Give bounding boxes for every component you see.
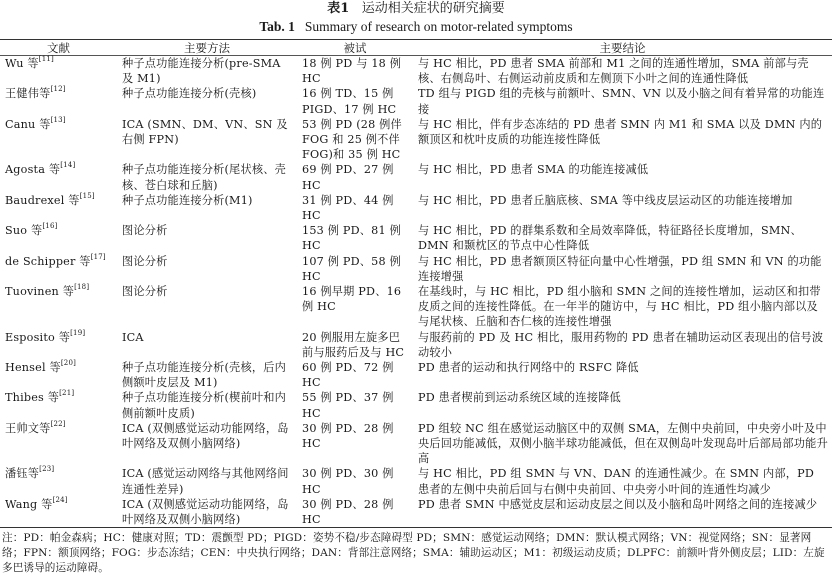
cell-reference: Thibes 等[21] [0,390,117,420]
cell-conclusion: PD 组较 NC 组在感觉运动脑区中的双侧 SMA，左侧中央前回，中央旁小叶及中… [413,421,832,467]
reference-author: Tuovinen 等 [5,285,74,298]
table-row: 王帅文等[22]ICA (双侧感觉运动功能网络，岛叶网络及双侧小脑网络)30 例… [0,421,832,467]
cell-reference: Tuovinen 等[18] [0,284,117,330]
cell-method: ICA [117,330,297,360]
cell-reference: Esposito 等[19] [0,330,117,360]
cell-conclusion: TD 组与 PIGD 组的壳核与前额叶、SMN、VN 以及小脑之间有着异常的功能… [413,86,832,116]
cell-conclusion: 与 HC 相比，PD 患者 SMA 前部和 M1 之间的连通性增加，SMA 前部… [413,56,832,87]
cell-method: ICA (感觉运动网络与其他网络间连通性差异) [117,466,297,496]
citation-number: [17] [91,253,106,261]
cell-subjects: 55 例 PD、37 例 HC [297,390,413,420]
citation-number: [13] [51,116,66,124]
cell-reference: 王健伟等[12] [0,86,117,116]
cell-conclusion: PD 患者 SMN 中感觉皮层和运动皮层之间以及小脑和岛叶网络之间的连接减少 [413,497,832,528]
cell-conclusion: 与 HC 相比，PD 患者额顶区特征向量中心性增强，PD 组 SMN 和 VN … [413,254,832,284]
reference-author: 潘钰等 [5,467,39,480]
table-row: 王健伟等[12]种子点功能连接分析(壳核)16 例 TD、15 例 PIGD、1… [0,86,832,116]
reference-author: Wang 等 [5,498,53,511]
reference-author: Esposito 等 [5,331,70,344]
cell-reference: Hensel 等[20] [0,360,117,390]
table-title-en: Tab. 1Summary of research on motor-relat… [0,19,832,35]
cell-subjects: 53 例 PD (28 例伴 FOG 和 25 例不伴 FOG)和 35 例 H… [297,117,413,163]
table-row: 潘钰等[23]ICA (感觉运动网络与其他网络间连通性差异)30 例 PD、30… [0,466,832,496]
cell-conclusion: 在基线时，与 HC 相比，PD 组小脑和 SMN 之间的连接性增加，运动区和扣带… [413,284,832,330]
citation-number: [21] [59,389,74,397]
cell-reference: Wu 等[11] [0,56,117,87]
citation-number: [15] [80,192,95,200]
table-row: Thibes 等[21]种子点功能连接分析(楔前叶和内侧前额叶皮质)55 例 P… [0,390,832,420]
reference-author: Hensel 等 [5,361,61,374]
table-row: Esposito 等[19]ICA20 例服用左旋多巴前与服药后及与 HC与服药… [0,330,832,360]
cell-method: 图论分析 [117,254,297,284]
table-label-cn: 表1 [327,1,349,16]
cell-subjects: 107 例 PD、58 例 HC [297,254,413,284]
research-summary-table: 文献 主要方法 被试 主要结论 Wu 等[11]种子点功能连接分析(pre-SM… [0,39,832,528]
table-footnote: 注：PD：帕金森病；HC：健康对照；TD：震颤型 PD；PIGD：姿势不稳/步态… [0,528,832,576]
cell-method: ICA (SMN、DM、VN、SN 及右侧 FPN) [117,117,297,163]
cell-reference: Wang 等[24] [0,497,117,528]
table-row: Hensel 等[20]种子点功能连接分析(壳核，后内侧额叶皮层及 M1)60 … [0,360,832,390]
citation-number: [23] [39,465,54,473]
reference-author: Suo 等 [5,224,42,237]
citation-number: [11] [39,55,54,63]
cell-method: 种子点功能连接分析(楔前叶和内侧前额叶皮质) [117,390,297,420]
table-label-en: Tab. 1 [259,19,295,34]
cell-reference: Canu 等[13] [0,117,117,163]
cell-conclusion: 与服药前的 PD 及 HC 相比，服用药物的 PD 患者在辅助运动区表现出的信号… [413,330,832,360]
cell-subjects: 153 例 PD、81 例 HC [297,223,413,253]
table-row: Wang 等[24]ICA (双侧感觉运动功能网络，岛叶网络及双侧小脑网络)30… [0,497,832,528]
cell-method: 种子点功能连接分析(M1) [117,193,297,223]
cell-subjects: 30 例 PD、28 例 HC [297,421,413,467]
cell-conclusion: PD 患者的运动和执行网络中的 RSFC 降低 [413,360,832,390]
header-reference: 文献 [0,40,117,56]
cell-method: 种子点功能连接分析(尾状核、壳核、苍白球和丘脑) [117,162,297,192]
citation-number: [22] [51,420,66,428]
table-row: Agosta 等[14]种子点功能连接分析(尾状核、壳核、苍白球和丘脑)69 例… [0,162,832,192]
cell-method: 种子点功能连接分析(壳核) [117,86,297,116]
cell-method: 种子点功能连接分析(pre-SMA 及 M1) [117,56,297,87]
cell-reference: Agosta 等[14] [0,162,117,192]
table-title-cn: 表1 运动相关症状的研究摘要 [0,0,832,17]
table-row: Canu 等[13]ICA (SMN、DM、VN、SN 及右侧 FPN)53 例… [0,117,832,163]
cell-subjects: 30 例 PD、30 例 HC [297,466,413,496]
cell-subjects: 20 例服用左旋多巴前与服药后及与 HC [297,330,413,360]
table-row: de Schipper 等[17]图论分析107 例 PD、58 例 HC与 H… [0,254,832,284]
cell-reference: 潘钰等[23] [0,466,117,496]
reference-author: de Schipper 等 [5,255,91,268]
cell-subjects: 69 例 PD、27 例 HC [297,162,413,192]
reference-author: 王帅文等 [5,422,51,435]
citation-number: [19] [70,329,85,337]
table-header-row: 文献 主要方法 被试 主要结论 [0,40,832,56]
cell-conclusion: PD 患者楔前到运动系统区域的连接降低 [413,390,832,420]
cell-method: 种子点功能连接分析(壳核，后内侧额叶皮层及 M1) [117,360,297,390]
cell-method: 图论分析 [117,223,297,253]
table-row: Wu 等[11]种子点功能连接分析(pre-SMA 及 M1)18 例 PD 与… [0,56,832,87]
cell-reference: Suo 等[16] [0,223,117,253]
table-caption-cn: 运动相关症状的研究摘要 [362,1,505,16]
cell-subjects: 18 例 PD 与 18 例 HC [297,56,413,87]
cell-reference: de Schipper 等[17] [0,254,117,284]
cell-subjects: 16 例早期 PD、16 例 HC [297,284,413,330]
reference-author: Canu 等 [5,118,51,131]
header-subjects: 被试 [297,40,413,56]
reference-author: Wu 等 [5,57,39,70]
reference-author: Baudrexel 等 [5,194,80,207]
citation-number: [14] [60,161,75,169]
cell-subjects: 30 例 PD、28 例 HC [297,497,413,528]
cell-subjects: 16 例 TD、15 例 PIGD、17 例 HC [297,86,413,116]
table-row: Baudrexel 等[15]种子点功能连接分析(M1)31 例 PD、44 例… [0,193,832,223]
cell-reference: Baudrexel 等[15] [0,193,117,223]
reference-author: Thibes 等 [5,391,59,404]
cell-conclusion: 与 HC 相比，伴有步态冻结的 PD 患者 SMN 内 M1 和 SMA 以及 … [413,117,832,163]
cell-subjects: 31 例 PD、44 例 HC [297,193,413,223]
citation-number: [12] [51,85,66,93]
table-row: Suo 等[16]图论分析153 例 PD、81 例 HC与 HC 相比，PD … [0,223,832,253]
reference-author: 王健伟等 [5,87,51,100]
reference-author: Agosta 等 [5,163,60,176]
cell-subjects: 60 例 PD、72 例 HC [297,360,413,390]
table-row: Tuovinen 等[18]图论分析16 例早期 PD、16 例 HC在基线时，… [0,284,832,330]
cell-conclusion: 与 HC 相比，PD 患者 SMA 的功能连接减低 [413,162,832,192]
header-conclusion: 主要结论 [413,40,832,56]
cell-reference: 王帅文等[22] [0,421,117,467]
cell-conclusion: 与 HC 相比，PD 的群集系数和全局效率降低，特征路径长度增加，SMN、DMN… [413,223,832,253]
cell-conclusion: 与 HC 相比，PD 组 SMN 与 VN、DAN 的连通性减少。在 SMN 内… [413,466,832,496]
header-method: 主要方法 [117,40,297,56]
cell-method: 图论分析 [117,284,297,330]
cell-conclusion: 与 HC 相比，PD 患者丘脑底核、SMA 等中线皮层运动区的功能连接增加 [413,193,832,223]
citation-number: [16] [42,222,57,230]
citation-number: [20] [61,359,76,367]
cell-method: ICA (双侧感觉运动功能网络，岛叶网络及双侧小脑网络) [117,497,297,528]
citation-number: [18] [74,283,89,291]
table-caption-en: Summary of research on motor-related sym… [305,19,573,34]
citation-number: [24] [53,496,68,504]
cell-method: ICA (双侧感觉运动功能网络，岛叶网络及双侧小脑网络) [117,421,297,467]
